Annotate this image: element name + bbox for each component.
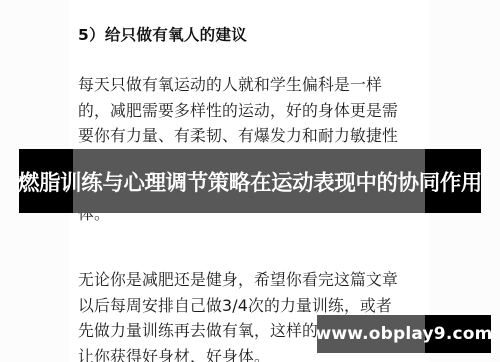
paragraph-line: 无论你是减肥还是健身，希望你看完这篇文章 — [78, 267, 398, 293]
watermark-url: www.obplay9.com — [317, 315, 491, 353]
paragraph-line: 每天只做有氧运动的人就和学生偏科是一样 — [78, 72, 398, 98]
overlay-title: 燃脂训练与心理调节策略在运动表现中的协同作用 — [19, 149, 481, 213]
section-heading: 5）给只做有氧人的建议 — [78, 23, 247, 45]
title-overlay-banner: 燃脂训练与心理调节策略在运动表现中的协同作用 — [19, 149, 481, 213]
watermark-banner: www.obplay9.com — [317, 315, 491, 353]
paragraph-line: 要你有力量、有柔韧、有爆发力和耐力敏捷性 — [78, 123, 398, 149]
paragraph-line: 的，减肥需要多样性的运动，好的身体更是需 — [78, 98, 398, 124]
